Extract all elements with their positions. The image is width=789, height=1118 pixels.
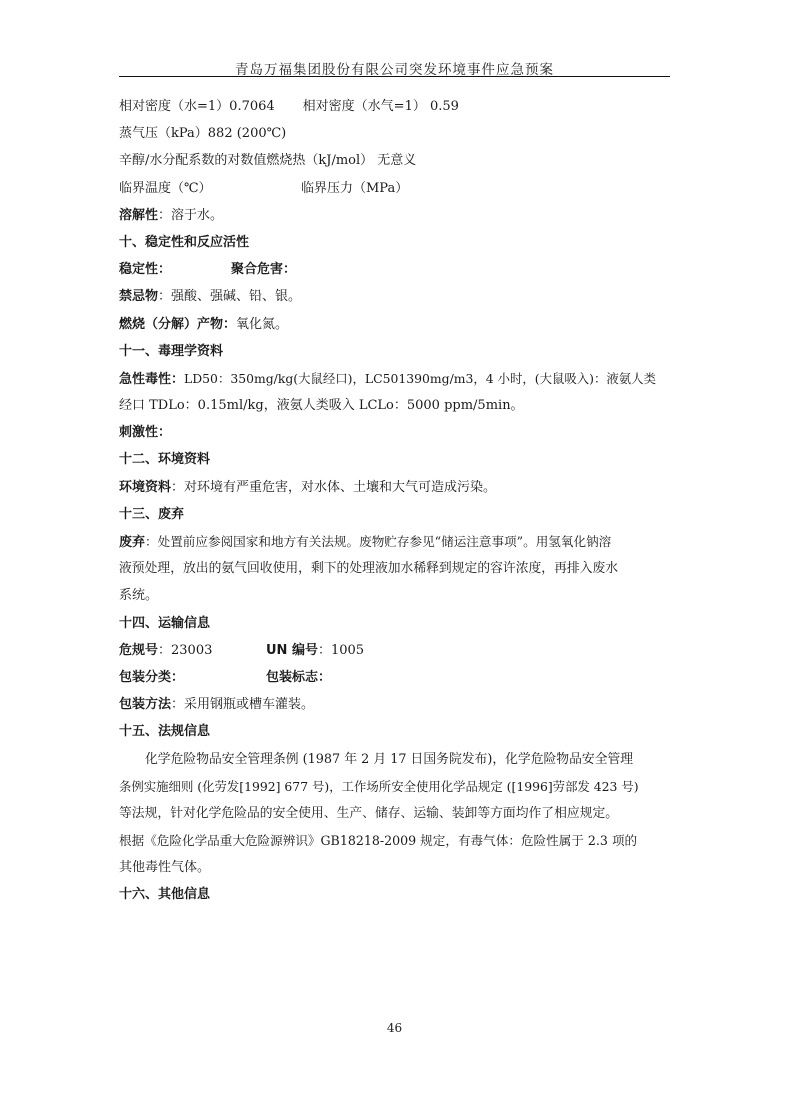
disposal-line-2: 液预处理，放出的氨气回收使用，剩下的处理液加水稀释到规定的容许浓度，再排入废水 [119, 555, 670, 582]
disposal-label: 废弃 [119, 535, 145, 550]
document-body: 相对密度（水=1）0.7064相对密度（水气=1） 0.59 蒸气压（kPa）8… [119, 93, 670, 909]
environment-value: ：对环境有严重危害，对水体、土壤和大气可造成污染。 [171, 480, 496, 495]
log-partition-line: 辛醇/水分配系数的对数值燃烧热（kJ/mol） 无意义 [119, 147, 670, 174]
packaging-method-line: 包装方法：采用钢瓶或槽车灌装。 [119, 691, 670, 718]
section-12-title: 十二、环境资料 [119, 446, 670, 473]
irritation-label: 刺激性： [119, 419, 670, 446]
polymerization-label: 聚合危害： [231, 256, 296, 283]
acute-toxicity-text-1: LD50：350mg/kg(大鼠经口)，LC501390mg/m3，4 小时，(… [184, 371, 656, 386]
un-number-value: ：1005 [318, 643, 364, 658]
environment-label: 环境资料 [119, 480, 171, 495]
packaging-mark-label: 包装标志： [266, 664, 331, 691]
acute-toxicity-line-1: 急性毒性：LD50：350mg/kg(大鼠经口)，LC501390mg/m3，4… [119, 365, 670, 392]
section-14-title: 十四、运输信息 [119, 610, 670, 637]
hazard-number-label: 危规号 [119, 643, 158, 658]
section-13-title: 十三、废弃 [119, 501, 670, 528]
page-number: 46 [0, 1021, 789, 1035]
disposal-line-3: 系统。 [119, 582, 670, 609]
relative-density-air-label: 相对密度（水气=1） [303, 99, 426, 114]
relative-density-air-value: 0.59 [426, 99, 459, 114]
hazard-number-value: ：23003 [158, 643, 212, 658]
combustion-line: 燃烧（分解）产物：氧化氮。 [119, 311, 670, 338]
disposal-line-1: 废弃：处置前应参阅国家和地方有关法规。废物贮存参见“储运注意事项”。用氢氧化钠溶 [119, 528, 670, 555]
stability-line: 稳定性： 聚合危害： [119, 256, 670, 283]
relative-density-water-label: 相对密度（水=1） [119, 99, 229, 114]
acute-toxicity-line-2: 经口 TDLo：0.15ml/kg，液氨人类吸入 LCLo：5000 ppm/5… [119, 392, 670, 419]
section-15-title: 十五、法规信息 [119, 718, 670, 745]
regulations-para1-line1: 化学危险物品安全管理条例 (1987 年 2 月 17 日国务院发布)，化学危险… [119, 746, 670, 773]
acute-toxicity-label: 急性毒性： [119, 372, 184, 387]
header-rule [119, 76, 670, 77]
hazard-number-line: 危规号：23003 UN 编号：1005 [119, 637, 670, 664]
incompatible-value: ：强酸、强碱、铅、银。 [158, 289, 301, 304]
packaging-method-value: ：采用钢瓶或槽车灌装。 [171, 697, 314, 712]
solubility-label: 溶解性 [119, 208, 158, 223]
solubility-value: ：溶于水。 [158, 208, 223, 223]
vapor-pressure-line: 蒸气压（kPa）882 (200℃) [119, 120, 670, 147]
relative-density-water-value: 0.7064 [229, 99, 275, 114]
packaging-method-label: 包装方法 [119, 697, 171, 712]
combustion-label: 燃烧（分解）产物： [119, 317, 236, 332]
regulations-para2-line2: 其他毒性气体。 [119, 854, 670, 881]
critical-line: 临界温度（℃） 临界压力（MPa） [119, 175, 670, 202]
regulations-para2-line1: 根据《危险化学品重大危险源辨识》GB18218-2009 规定，有毒气体：危险性… [119, 827, 670, 854]
relative-density-line: 相对密度（水=1）0.7064相对密度（水气=1） 0.59 [119, 93, 670, 120]
solubility-line: 溶解性：溶于水。 [119, 202, 670, 229]
log-partition-label: 辛醇/水分配系数的对数值燃烧热（kJ/mol） [119, 153, 373, 168]
un-number-label: UN 编号 [266, 643, 318, 658]
incompatible-line: 禁忌物：强酸、强碱、铅、银。 [119, 283, 670, 310]
stability-label: 稳定性： [119, 262, 171, 277]
regulations-para1-line3: 等法规，针对化学危险品的安全使用、生产、储存、运输、装卸等方面均作了相应规定。 [119, 800, 670, 827]
regulations-para1-line2: 条例实施细则 (化劳发[1992] 677 号)，工作场所安全使用化学品规定 (… [119, 773, 670, 800]
page-header: 青岛万福集团股份有限公司突发环境事件应急预案 [119, 58, 670, 78]
section-10-title: 十、稳定性和反应活性 [119, 229, 670, 256]
section-11-title: 十一、毒理学资料 [119, 338, 670, 365]
combustion-value: 氧化氮。 [236, 317, 288, 332]
section-16-title: 十六、其他信息 [119, 881, 670, 908]
disposal-text-1: ：处置前应参阅国家和地方有关法规。废物贮存参见“储运注意事项”。用氢氧化钠溶 [145, 534, 611, 549]
critical-temp-label: 临界温度（℃） [119, 181, 212, 196]
log-partition-value: 无意义 [373, 153, 416, 168]
packaging-class-line: 包装分类： 包装标志： [119, 664, 670, 691]
un-number-group: UN 编号：1005 [266, 637, 364, 664]
environment-line: 环境资料：对环境有严重危害，对水体、土壤和大气可造成污染。 [119, 474, 670, 501]
critical-pressure-label: 临界压力（MPa） [301, 175, 408, 202]
packaging-class-label: 包装分类： [119, 670, 184, 685]
incompatible-label: 禁忌物 [119, 289, 158, 304]
